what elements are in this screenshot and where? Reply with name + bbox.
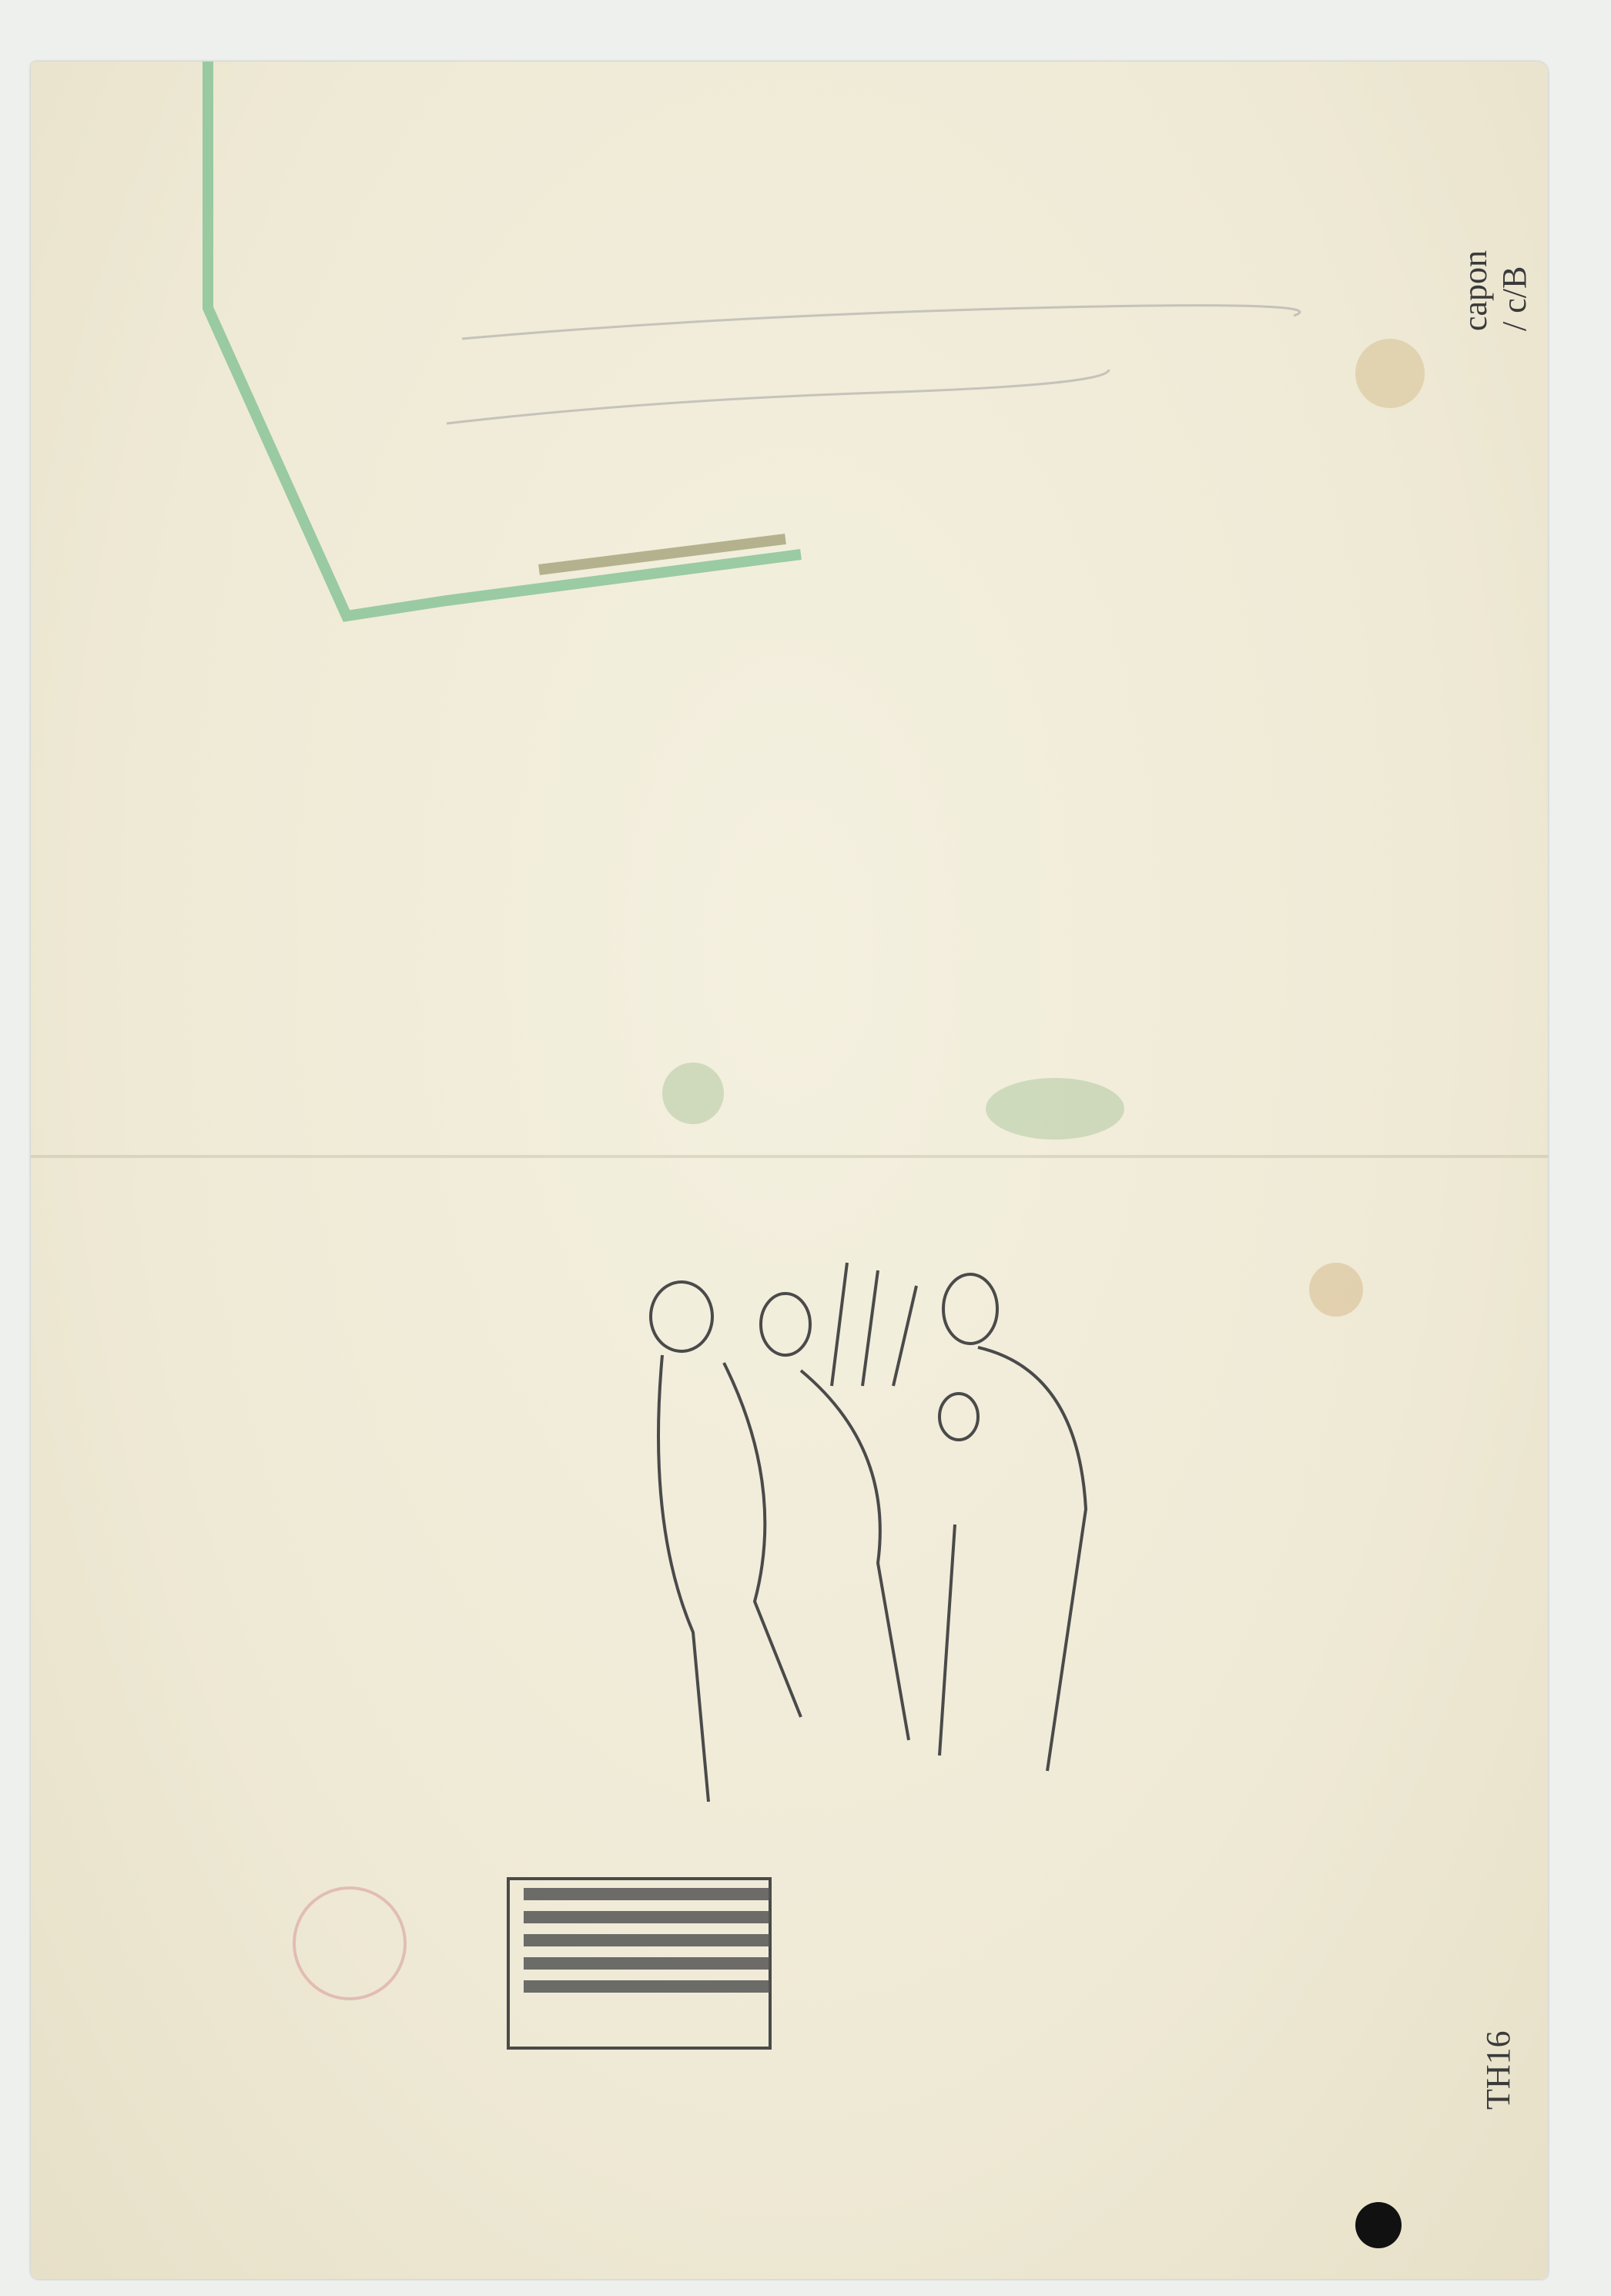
paper-sheet: capon / c/B TH16: [31, 62, 1548, 2279]
annotation-top-right: capon / c/B: [1455, 239, 1534, 331]
sketch-drawing: [31, 62, 1548, 2279]
annotation-bottom-right: TH16: [1479, 2030, 1518, 2110]
